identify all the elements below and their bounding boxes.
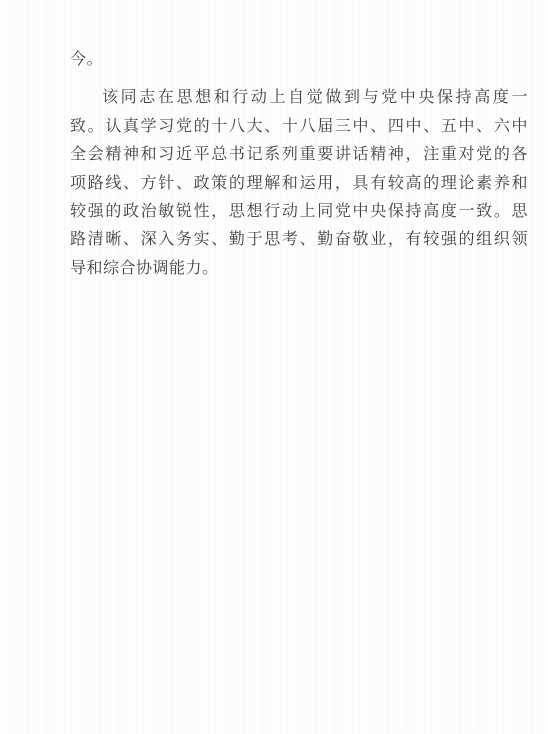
paragraph-evaluation: 该同志在思想和行动上自觉做到与党中央保持高度一 致。认真学习党的十八大、十八届三… (70, 84, 528, 283)
text-line: 项路线、方针、政策的理解和运用，具有较高的理论素养和 (70, 170, 528, 198)
text-line: 全会精神和习近平总书记系列重要讲话精神，注重对党的各 (70, 141, 528, 169)
text-line: 该同志在思想和行动上自觉做到与党中央保持高度一 (70, 84, 528, 112)
paragraph-continuation: 今。 (70, 46, 528, 74)
text-line: 较强的政治敏锐性，思想行动上同党中央保持高度一致。思 (70, 198, 528, 226)
text-line: 导和综合协调能力。 (70, 255, 528, 283)
text-line: 今。 (70, 46, 528, 74)
text-line: 致。认真学习党的十八大、十八届三中、四中、五中、六中 (70, 113, 528, 141)
text-line: 路清晰、深入务实、勤于思考、勤奋敬业，有较强的组织领 (70, 226, 528, 254)
scanned-document-page: 今。 该同志在思想和行动上自觉做到与党中央保持高度一 致。认真学习党的十八大、十… (0, 0, 548, 734)
document-text-block: 今。 该同志在思想和行动上自觉做到与党中央保持高度一 致。认真学习党的十八大、十… (70, 46, 528, 283)
